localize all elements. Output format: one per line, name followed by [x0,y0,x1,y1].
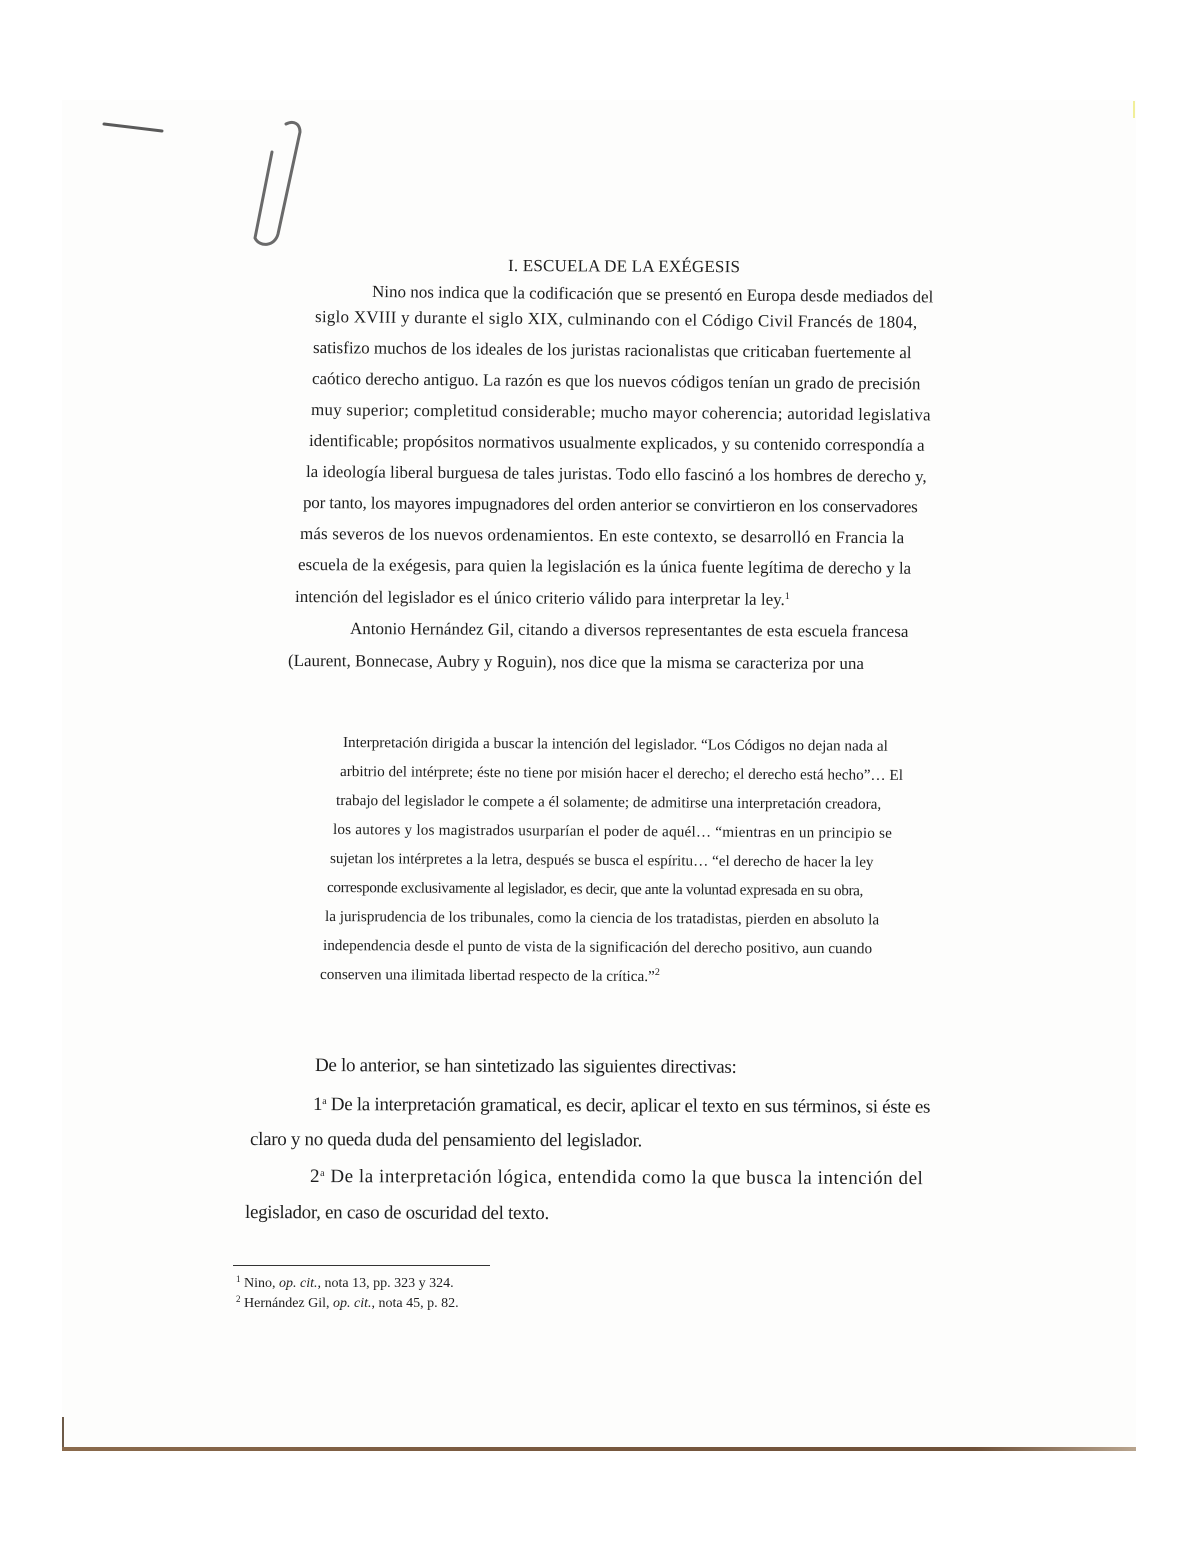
paperclip-icon [100,110,310,250]
footnote-separator [233,1265,490,1266]
quote-line: corresponde exclusivamente al legislador… [327,880,863,898]
paragraph-line: por tanto, los mayores impugnadores del … [303,494,918,515]
footnote-ref: 1 [785,591,790,602]
quote-line: trabajo del legislador le compete a él s… [336,793,881,812]
quote-line: arbitrio del intérprete; éste no tiene p… [340,764,903,783]
paragraph-line: más severos de los nuevos ordenamientos.… [300,525,905,546]
quote-line: conserven una ilimitada libertad respect… [320,967,660,984]
highlighter-mark [1133,101,1135,118]
quote-line: independencia desde el punto de vista de… [323,938,872,957]
paragraph-line: escuela de la exégesis, para quien la le… [298,556,911,577]
page-edge-left [62,1417,64,1449]
quote-line: la jurisprudencia de los tribunales, com… [325,909,879,928]
paragraph-line: (Laurent, Bonnecase, Aubry y Roguin), no… [288,652,864,672]
paragraph-line: Antonio Hernández Gil, citando a diverso… [350,620,908,640]
footnote-2: 2 Hernández Gil, op. cit., nota 45, p. 8… [236,1297,459,1311]
directive-line: 1a De la interpretación gramatical, es d… [313,1095,930,1117]
quote-line: sujetan los intérpretes a la letra, desp… [330,851,874,870]
directive-line: claro y no queda duda del pensamiento de… [250,1130,642,1150]
footnote-1: 1 Nino, op. cit., nota 13, pp. 323 y 324… [236,1277,454,1291]
paragraph-line: la ideología liberal burguesa de tales j… [306,463,927,485]
page-edge-bottom [62,1447,1136,1451]
quote-line: Interpretación dirigida a buscar la inte… [343,735,888,754]
paragraph-line: identificable; propósitos normativos usu… [309,432,925,454]
directive-line: 2a De la interpretación lógica, entendid… [310,1167,923,1188]
section-heading: I. ESCUELA DE LA EXÉGESIS [508,257,740,275]
paragraph-directives-intro: De lo anterior, se han sintetizado las s… [315,1056,737,1077]
paragraph-line: intención del legislador es el único cri… [295,588,790,608]
directive-line: legislador, en caso de oscuridad del tex… [245,1203,549,1223]
quote-line: los autores y los magistrados usurparían… [333,822,892,841]
footnote-ref: 2 [655,967,660,978]
